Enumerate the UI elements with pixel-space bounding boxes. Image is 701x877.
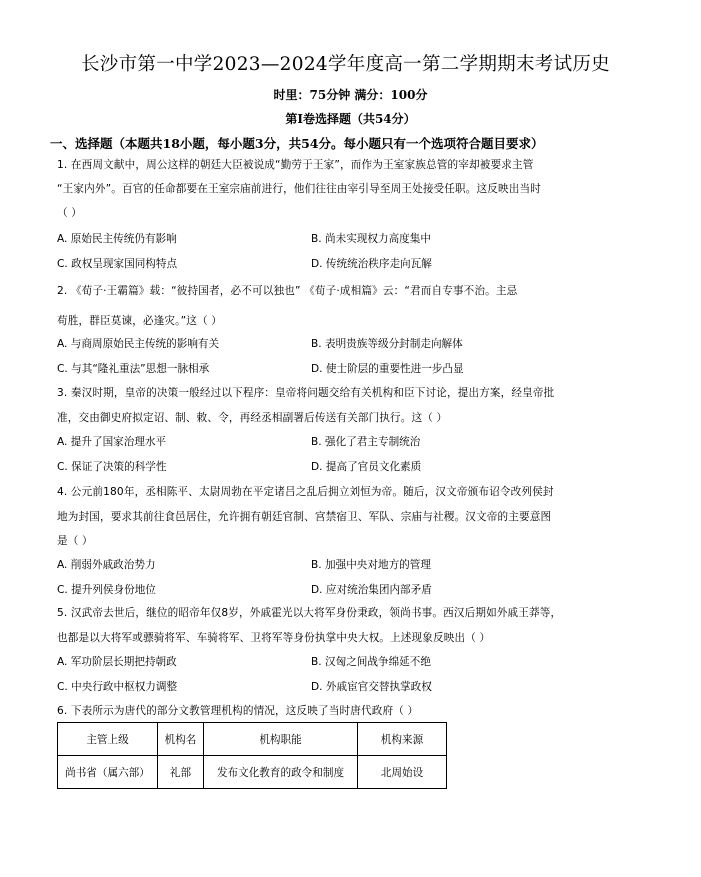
question-text-line: 6. 下表所示为唐代的部分文教管理机构的情况，这反映了当时唐代政府（ ） <box>57 703 418 718</box>
option-c: C. 政权呈现家国同构特点 <box>57 256 177 271</box>
option-d: D. 传统统治秩序走向瓦解 <box>311 256 432 271</box>
table-header-cell: 机构来源 <box>358 723 447 756</box>
table-header-cell: 主管上级 <box>58 723 158 756</box>
question-text-line: 5. 汉武帝去世后，继位的昭帝年仅8岁，外戚霍光以大将军身份秉政，领尚书事。西汉… <box>57 605 561 620</box>
question-text-line: 苟胜，群臣莫谏，必逢灾。”这（ ） <box>57 313 222 328</box>
option-b: B. 强化了君主专制统治 <box>311 434 420 449</box>
table-cell: 尚书省（属六部） <box>58 756 158 789</box>
section-heading: 一、选择题（本题共18小题，每小题3分，共54分。每小题只有一个选项符合题目要求… <box>50 134 544 152</box>
table-cell: 礼部 <box>158 756 204 789</box>
option-a: A. 提升了国家治理水平 <box>57 434 166 449</box>
question-text-line: 4. 公元前180年，丞相陈平、太尉周勃在平定诸吕之乱后拥立刘恒为帝。随后，汉文… <box>57 484 554 499</box>
table-row: 尚书省（属六部） 礼部 发布文化教育的政令和制度 北周始设 <box>58 756 447 789</box>
table-cell: 发布文化教育的政令和制度 <box>204 756 358 789</box>
option-d: D. 使士阶层的重要性进一步凸显 <box>311 361 464 376</box>
option-b: B. 尚未实现权力高度集中 <box>311 231 431 246</box>
question-text-line: 3. 秦汉时期，皇帝的决策一般经过以下程序：皇帝将问题交给有关机构和臣下讨论，提… <box>57 385 554 400</box>
option-a: A. 与商周原始民主传统的影响有关 <box>57 336 219 351</box>
question-text-line: “王家内外”。百官的任命都要在王室宗庙前进行，他们往往由宰引导至周王处接受任职。… <box>57 181 541 196</box>
option-b: B. 表明贵族等级分封制走向解体 <box>311 336 463 351</box>
option-b: B. 加强中央对地方的管理 <box>311 557 431 572</box>
question-text-line: 地为封国，要求其前往食邑居住，允许拥有朝廷官制、宫禁宿卫、军队、宗庙与社稷。汉文… <box>57 509 551 524</box>
option-d: D. 提高了官员文化素质 <box>311 459 421 474</box>
question-text-line: 准，交由御史府拟定诏、制、敕、令，再经丞相副署后传送有关部门执行。这（ ） <box>57 410 447 425</box>
option-a: A. 原始民主传统仍有影响 <box>57 231 177 246</box>
part-heading: 第Ⅰ卷选择题（共54分） <box>0 110 701 127</box>
option-a: A. 削弱外戚政治势力 <box>57 557 156 572</box>
table-header-cell: 机构名 <box>158 723 204 756</box>
option-b: B. 汉匈之间战争绵延不绝 <box>311 654 431 669</box>
agency-table: 主管上级 机构名 机构职能 机构来源 尚书省（属六部） 礼部 发布文化教育的政令… <box>57 722 447 789</box>
table-header-row: 主管上级 机构名 机构职能 机构来源 <box>58 723 447 756</box>
question-text-line: 1. 在西周文献中，周公这样的朝廷大臣被说成“勤劳于王家”，而作为王室家族总管的… <box>57 157 533 172</box>
option-c: C. 中央行政中枢权力调整 <box>57 679 177 694</box>
option-c: C. 保证了决策的科学性 <box>57 459 166 474</box>
option-c: C. 与其“隆礼重法”思想一脉相承 <box>57 361 209 376</box>
question-text-line: 也都是以大将军或骠骑将军、车骑将军、卫将军等身份执掌中央大权。上述现象反映出（ … <box>57 630 490 645</box>
answer-blank: （ ） <box>57 205 82 220</box>
option-d: D. 应对统治集团内部矛盾 <box>311 582 432 597</box>
option-c: C. 提升列侯身份地位 <box>57 582 156 597</box>
option-d: D. 外戚宦官交替执掌政权 <box>311 679 432 694</box>
option-a: A. 军功阶层长期把持朝政 <box>57 654 177 669</box>
exam-title: 长沙市第一中学2023—2024学年度高一第二学期期末考试历史 <box>81 50 610 76</box>
table-header-cell: 机构职能 <box>204 723 358 756</box>
table-cell: 北周始设 <box>358 756 447 789</box>
exam-time-score: 时里：75分钟 满分：100分 <box>0 86 701 103</box>
question-text-line: 是（ ） <box>57 533 93 548</box>
question-text-line: 2. 《荀子·王霸篇》载：“彼持国者，必不可以独也” 《荀子·成相篇》云：“君而… <box>57 283 517 298</box>
